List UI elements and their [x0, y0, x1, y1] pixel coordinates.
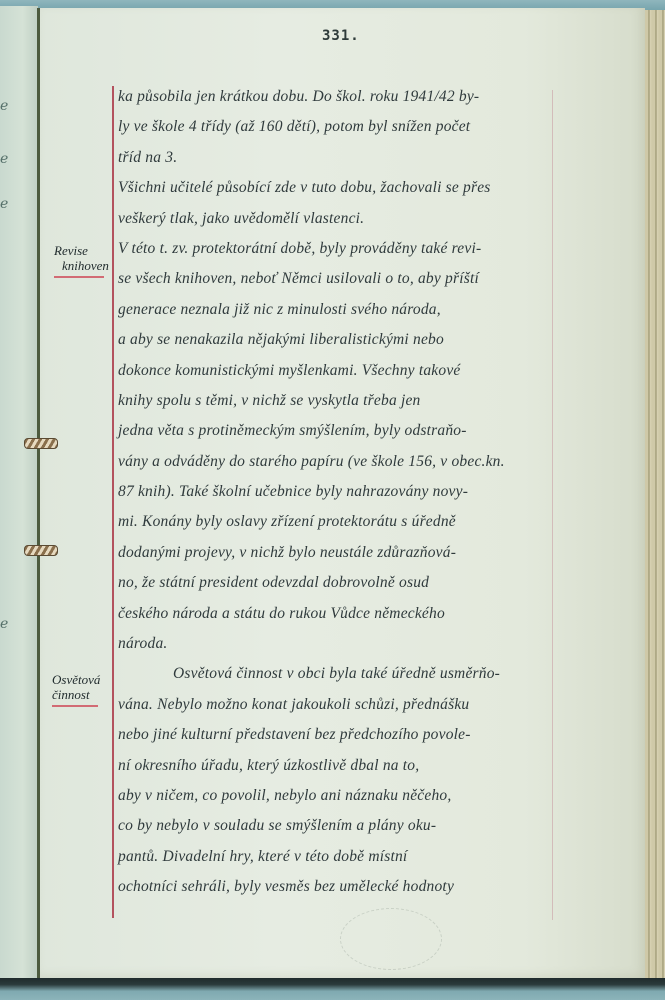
text-line: aby v ničem, co povolil, nebylo ani názn… — [118, 781, 618, 811]
left-page-fragment: e — [0, 196, 8, 212]
binding-stitch — [24, 438, 58, 449]
text-line: no, že státní president odevzdal dobrovo… — [118, 568, 618, 598]
text-line: dodanými projevy, v nichž bylo neustále … — [118, 538, 618, 568]
margin-note-revise-knihoven: Revise knihoven — [54, 243, 109, 278]
page-edges — [645, 10, 665, 980]
margin-note-osvetova-cinnost: Osvětová činnost — [52, 672, 100, 707]
margin-note-line: Osvětová — [52, 672, 100, 687]
text-line: Osvětová činnost v obci byla také úředně… — [118, 659, 618, 689]
text-line: národa. — [118, 629, 618, 659]
binding-stitch — [24, 545, 58, 556]
background-bottom — [0, 978, 665, 1000]
text-line: Všichni učitelé působící zde v tuto dobu… — [118, 173, 618, 203]
text-line: českého národa a státu do rukou Vůdce ně… — [118, 599, 618, 629]
page-number: 331. — [322, 28, 360, 44]
text-line: ly ve škole 4 třídy (až 160 dětí), potom… — [118, 112, 618, 142]
text-line: pantů. Divadelní hry, které v této době … — [118, 842, 618, 872]
text-line: vány a odváděny do starého papíru (ve šk… — [118, 447, 618, 477]
margin-note-line: knihoven — [54, 258, 109, 273]
text-line: ochotníci sehráli, byly vesměs bez uměle… — [118, 872, 618, 902]
text-line: mi. Konány byly oslavy zřízení protektor… — [118, 507, 618, 537]
text-line: knihy spolu s těmi, v nichž se vyskytla … — [118, 386, 618, 416]
margin-note-underline — [52, 705, 98, 707]
text-line: veškerý tlak, jako uvědomělí vlastenci. — [118, 204, 618, 234]
text-line: dokonce komunistickými myšlenkami. Všech… — [118, 356, 618, 386]
text-line: V této t. zv. protektorátní době, byly p… — [118, 234, 618, 264]
text-line: nebo jiné kulturní představení bez předc… — [118, 720, 618, 750]
margin-note-underline — [54, 276, 104, 278]
red-margin-rule — [112, 86, 114, 918]
text-line: ka působila jen krátkou dobu. Do škol. r… — [118, 82, 618, 112]
text-line: generace neznala již nic z minulosti své… — [118, 295, 618, 325]
text-line: jedna věta s protiněmeckým smýšlením, by… — [118, 416, 618, 446]
left-facing-page: e e e e — [0, 6, 38, 986]
text-line: ní okresního úřadu, který úzkostlivě dba… — [118, 751, 618, 781]
text-line: co by nebylo v souladu se smýšlením a pl… — [118, 811, 618, 841]
text-line: tříd na 3. — [118, 143, 618, 173]
left-page-fragment: e — [0, 98, 8, 114]
handwritten-text: ka působila jen krátkou dobu. Do škol. r… — [118, 82, 618, 903]
margin-note-line: činnost — [52, 687, 100, 702]
text-line: 87 knih). Také školní učebnice byly nahr… — [118, 477, 618, 507]
text-line: a aby se nenakazila nějakými liberalisti… — [118, 325, 618, 355]
faded-stamp — [340, 908, 442, 970]
left-page-fragment: e — [0, 151, 8, 167]
text-line: vána. Nebylo možno konat jakoukoli schůz… — [118, 690, 618, 720]
left-page-fragment: e — [0, 616, 8, 632]
text-line: se všech knihoven, neboť Němci usilovali… — [118, 264, 618, 294]
margin-note-line: Revise — [54, 243, 109, 258]
